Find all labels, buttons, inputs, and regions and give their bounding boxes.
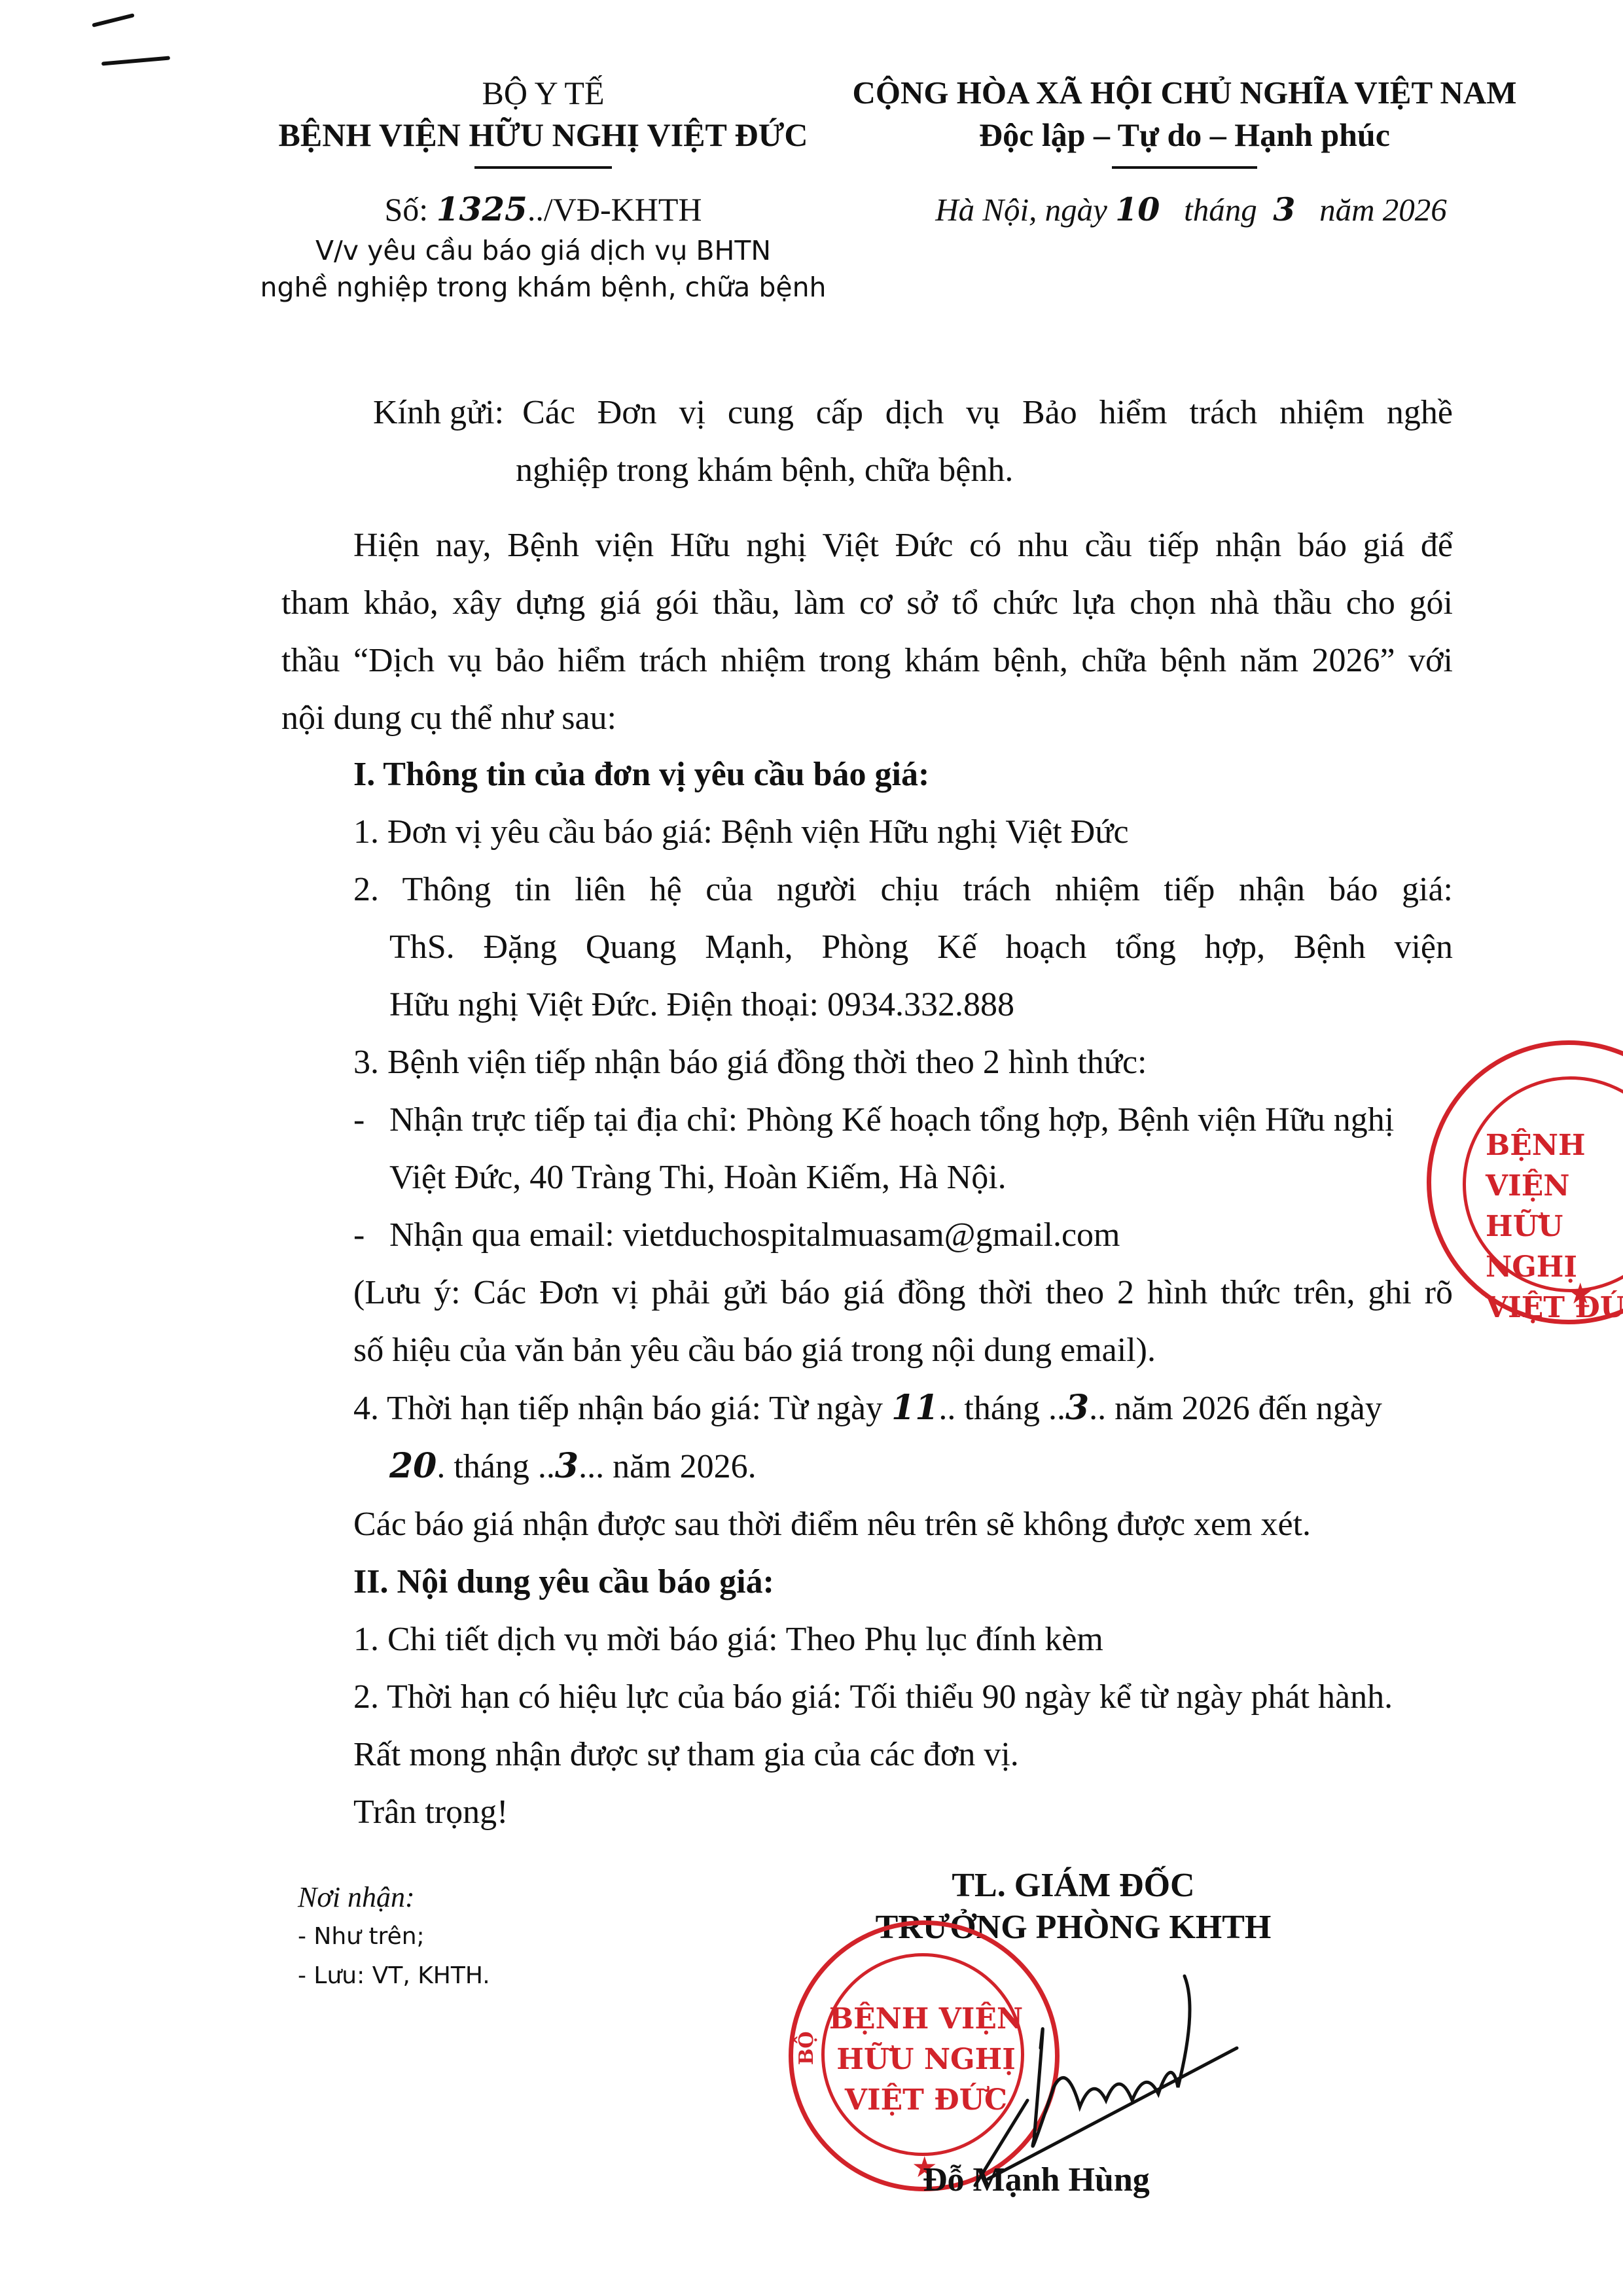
stamp-star: ★ — [1567, 1277, 1593, 1311]
bullet-in-person: - Nhận trực tiếp tại địa chỉ: Phòng Kế h… — [353, 1091, 1453, 1149]
subject: V/v yêu cầu báo giá dịch vụ BHTN nghề ng… — [249, 232, 838, 306]
receipt-period: 4. Thời hạn tiếp nhận báo giá: Từ ngày 1… — [353, 1379, 1453, 1438]
national-motto: Độc lập – Tự do – Hạnh phúc — [825, 114, 1544, 156]
intro-paragraph: Hiện nay, Bệnh viện Hữu nghị Việt Đức có… — [281, 517, 1453, 747]
motto-underline — [1112, 166, 1257, 169]
country-name: CỘNG HÒA XÃ HỘI CHỦ NGHĨA VIỆT NAM — [825, 72, 1544, 114]
salutation: Kính gửi: Các Đơn vị cung cấp dịch vụ Bả… — [373, 393, 1453, 491]
handwritten-number: 1325 — [437, 190, 527, 228]
section-1: I. Thông tin của đơn vị yêu cầu báo giá:… — [281, 746, 1453, 1841]
scan-mark — [92, 13, 134, 27]
section-1-title: I. Thông tin của đơn vị yêu cầu báo giá: — [353, 746, 1453, 804]
recipients: Nơi nhận: - Như trên; - Lưu: VT, KHTH. — [298, 1878, 690, 1996]
section-2-title: II. Nội dung yêu cầu báo giá: — [353, 1553, 1453, 1611]
stamp-partial: BỆNH VIỆN HỮU NGHỊ VIỆT ĐỨC ★ — [1427, 1040, 1623, 1328]
handwritten-day: 10 — [1115, 190, 1160, 228]
bullet-email: - Nhận qua email: vietduchospitalmuasam@… — [353, 1207, 1453, 1264]
handwritten-month: 3 — [1273, 190, 1295, 228]
scan-mark — [101, 56, 170, 65]
document-number: Số: 1325../VĐ-KHTH — [249, 190, 838, 229]
ministry-name: BỘ Y TẾ — [249, 72, 838, 114]
national-header: CỘNG HÒA XÃ HỘI CHỦ NGHĨA VIỆT NAM Độc l… — [825, 72, 1544, 169]
handwritten-signature — [949, 1969, 1243, 2192]
issuer-block: BỘ Y TẾ BỆNH VIỆN HỮU NGHỊ VIỆT ĐỨC — [249, 72, 838, 169]
date-line: Hà Nội, ngày 10 tháng 3 năm 2026 — [864, 190, 1518, 230]
hospital-name: BỆNH VIỆN HỮU NGHỊ VIỆT ĐỨC — [249, 114, 838, 156]
signer-name: Đỗ Mạnh Hùng — [923, 2159, 1150, 2201]
issuer-underline — [474, 166, 612, 169]
